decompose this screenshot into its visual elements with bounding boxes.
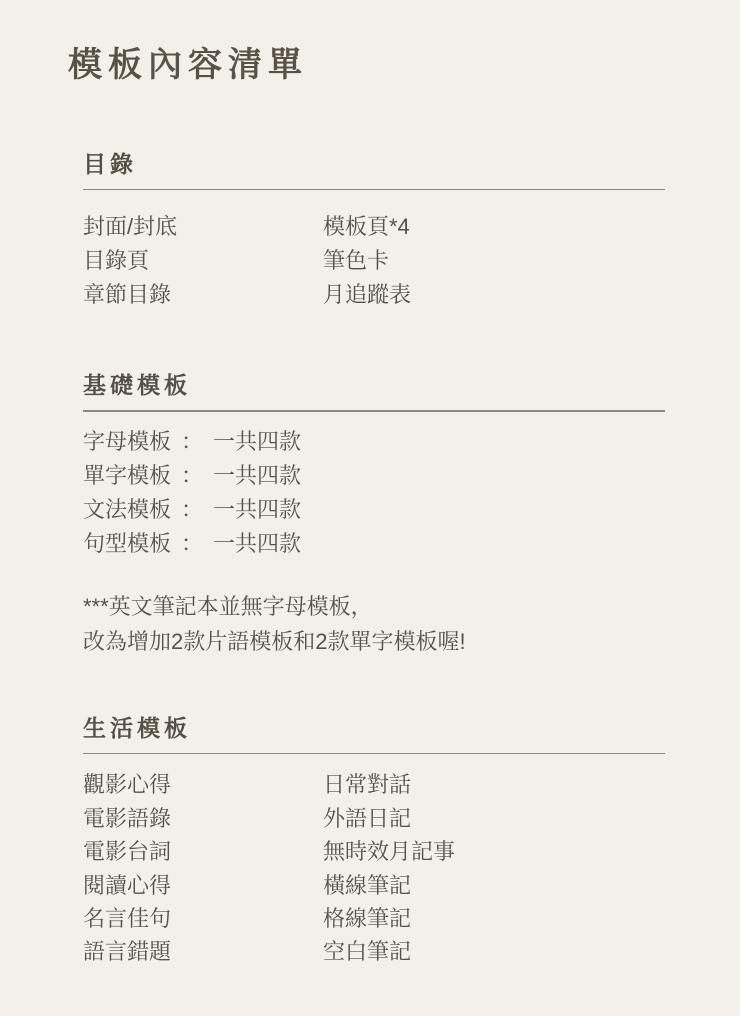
basic-template-list: 字母模板：一共四款 單字模板：一共四款 文法模板：一共四款 句型模板：一共四款 — [83, 425, 665, 561]
catalog-right-column: 模板頁*4 筆色卡 月追蹤表 — [323, 210, 665, 312]
list-item: 格線筆記 — [323, 902, 665, 935]
life-template-list: 觀影心得 電影語錄 電影台詞 閱讀心得 名言佳句 語言錯題 日常對話 外語日記 … — [83, 768, 665, 968]
template-count: 一共四款 — [213, 531, 301, 556]
list-item: 閱讀心得 — [83, 869, 323, 902]
list-item: 字母模板：一共四款 — [83, 425, 665, 459]
template-count: 一共四款 — [213, 497, 301, 522]
section-divider — [83, 410, 665, 412]
template-count: 一共四款 — [213, 429, 301, 454]
life-right-column: 日常對話 外語日記 無時效月記事 橫線筆記 格線筆記 空白筆記 — [323, 768, 665, 968]
list-item: 語言錯題 — [83, 935, 323, 968]
list-item: 單字模板：一共四款 — [83, 459, 665, 493]
list-item: 目錄頁 — [83, 244, 323, 278]
section-divider — [83, 189, 665, 191]
list-item: 句型模板：一共四款 — [83, 527, 665, 561]
template-name: 字母模板 — [83, 429, 171, 454]
section-basic-heading: 基礎模板 — [83, 372, 665, 400]
catalog-list: 封面/封底 目錄頁 章節目錄 模板頁*4 筆色卡 月追蹤表 — [83, 210, 665, 312]
note-line: ***英文筆記本並無字母模板， — [83, 589, 665, 624]
note-line: 改為增加2款片語模板和2款單字模板喔! — [83, 624, 665, 659]
colon-separator: ： — [181, 497, 203, 522]
english-notebook-note: ***英文筆記本並無字母模板， 改為增加2款片語模板和2款單字模板喔! — [83, 589, 665, 659]
colon-separator: ： — [181, 463, 203, 488]
catalog-left-column: 封面/封底 目錄頁 章節目錄 — [83, 210, 323, 312]
colon-separator: ： — [181, 531, 203, 556]
life-left-column: 觀影心得 電影語錄 電影台詞 閱讀心得 名言佳句 語言錯題 — [83, 768, 323, 968]
list-item: 橫線筆記 — [323, 869, 665, 902]
list-item: 日常對話 — [323, 768, 665, 801]
list-item: 無時效月記事 — [323, 835, 665, 868]
list-item: 章節目錄 — [83, 278, 323, 312]
list-item: 模板頁*4 — [323, 210, 665, 244]
list-item: 電影語錄 — [83, 802, 323, 835]
template-name: 句型模板 — [83, 531, 171, 556]
section-life-heading: 生活模板 — [83, 715, 665, 743]
list-item: 文法模板：一共四款 — [83, 493, 665, 527]
list-item: 外語日記 — [323, 802, 665, 835]
page-title: 模板內容清單 — [68, 46, 665, 87]
section-life-templates: 生活模板 觀影心得 電影語錄 電影台詞 閱讀心得 名言佳句 語言錯題 日常對話 … — [83, 715, 665, 969]
template-count: 一共四款 — [213, 463, 301, 488]
list-item: 月追蹤表 — [323, 278, 665, 312]
list-item: 名言佳句 — [83, 902, 323, 935]
list-item: 空白筆記 — [323, 935, 665, 968]
colon-separator: ： — [181, 429, 203, 454]
template-name: 單字模板 — [83, 463, 171, 488]
section-basic-templates: 基礎模板 字母模板：一共四款 單字模板：一共四款 文法模板：一共四款 句型模板：… — [83, 372, 665, 659]
template-content-page: 模板內容清單 目錄 封面/封底 目錄頁 章節目錄 模板頁*4 筆色卡 月追蹤表 … — [0, 0, 740, 1016]
list-item: 觀影心得 — [83, 768, 323, 801]
section-divider — [83, 753, 665, 755]
list-item: 電影台詞 — [83, 835, 323, 868]
template-name: 文法模板 — [83, 497, 171, 522]
section-catalog-heading: 目錄 — [83, 151, 665, 179]
list-item: 筆色卡 — [323, 244, 665, 278]
list-item: 封面/封底 — [83, 210, 323, 244]
section-catalog: 目錄 封面/封底 目錄頁 章節目錄 模板頁*4 筆色卡 月追蹤表 — [83, 151, 665, 313]
